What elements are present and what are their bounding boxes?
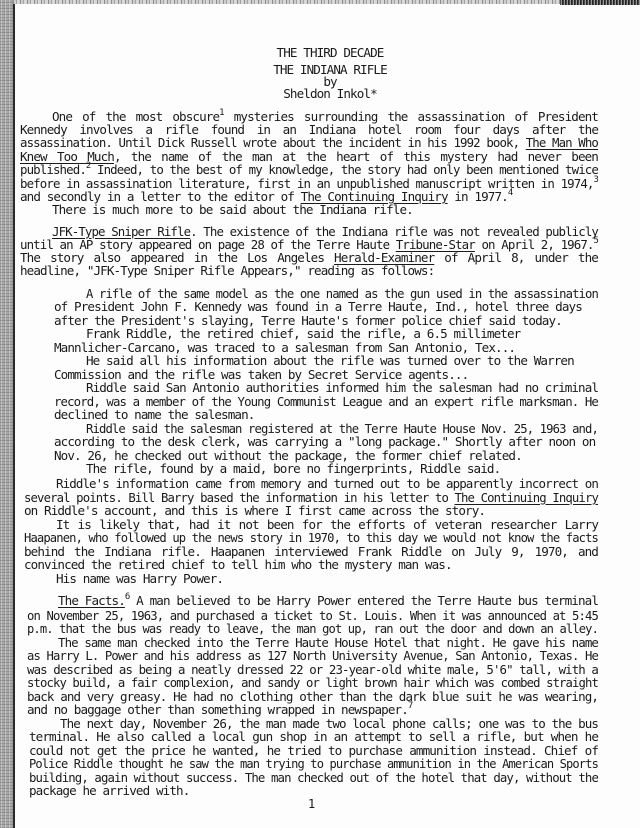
text-line: stocky build, a fair complexion, and san…: [27, 676, 598, 689]
text-line: on Riddle's account, and this is where I…: [24, 504, 485, 517]
text-line: and no baggage other than something wrap…: [27, 703, 412, 716]
text-line: Haapanen, who followed up the news story…: [24, 531, 598, 544]
text-line: The Facts.6 A man believed to be Harry P…: [58, 594, 598, 607]
text-line: There is much more to be said about the …: [52, 203, 413, 216]
text-run: and no baggage other than something wrap…: [27, 702, 408, 717]
text-run: on Riddle's account, and this is where I…: [24, 503, 485, 518]
text-run: in 1977.: [448, 189, 508, 204]
text-line: as Harry L. Power and his address as 127…: [27, 649, 598, 662]
page-number: 1: [308, 797, 315, 811]
text-line: Police Riddle thought he saw the man try…: [29, 757, 598, 770]
text-run: He said all his information about the ri…: [86, 353, 574, 368]
text-run: as Harry L. Power and his address as 127…: [27, 648, 598, 663]
author-name: Sheldon Inkol*: [200, 87, 460, 100]
text-line: assassination. Until Dick Russell wrote …: [20, 136, 598, 149]
text-line: Riddle said San Antonio authorities info…: [86, 381, 598, 394]
text-line: convinced the retired chief to tell him …: [24, 558, 452, 571]
text-line: The rifle, found by a maid, bore no fing…: [86, 462, 500, 475]
text-run: declined to name the salesman.: [54, 407, 254, 422]
text-line: published.2 Indeed, to the best of my kn…: [20, 163, 598, 176]
text-run: according to the desk clerk, was carryin…: [54, 434, 595, 449]
underlined-title: The Man Who: [526, 135, 598, 150]
text-run: Haapanen, who followed up the news story…: [24, 530, 598, 545]
text-run: headline, "JFK-Type Sniper Rifle Appears…: [20, 263, 434, 278]
text-run: His name was Harry Power.: [56, 571, 223, 586]
text-line: Riddle's information came from memory an…: [56, 477, 598, 490]
footnote-ref: 1: [219, 108, 224, 118]
text-run: Riddle said San Antonio authorities info…: [86, 380, 598, 395]
text-line: His name was Harry Power.: [56, 572, 223, 585]
text-run: The rifle, found by a maid, bore no fing…: [86, 461, 500, 476]
text-line: p.m. that the bus was ready to leave, th…: [27, 622, 598, 635]
text-line: He said all his information about the ri…: [86, 354, 574, 367]
text-run: convinced the retired chief to tell him …: [24, 557, 452, 572]
footnote-ref: 5: [594, 236, 598, 246]
footnote-ref: 6: [125, 592, 130, 602]
text-line: package he arrived with.: [29, 784, 189, 797]
text-run: of President John F. Kennedy was found i…: [54, 299, 582, 314]
text-run: Frank Riddle, the retired chief, said th…: [86, 326, 520, 341]
footnote-ref: 2: [86, 161, 90, 171]
text-line: according to the desk clerk, was carryin…: [54, 435, 595, 448]
text-run: Riddle's information came from memory an…: [56, 476, 598, 491]
text-run: p.m. that the bus was ready to leave, th…: [27, 621, 598, 636]
footnote-ref: 4: [508, 188, 513, 198]
text-run: A man believed to be Harry Power entered…: [129, 593, 598, 608]
text-run: Police Riddle thought he saw the man try…: [29, 756, 598, 771]
page-edge-line: [13, 4, 15, 828]
text-line: Frank Riddle, the retired chief, said th…: [86, 327, 520, 340]
text-run: There is much more to be said about the …: [52, 202, 413, 217]
text-line: of President John F. Kennedy was found i…: [54, 300, 582, 313]
text-line: terminal. He also called a local gun sho…: [29, 730, 598, 743]
scan-noise-left-margin: [0, 0, 13, 828]
text-run: of April 8, under the: [434, 250, 598, 265]
footnote-ref: 7: [408, 701, 413, 711]
text-run: assassination. Until Dick Russell wrote …: [20, 135, 526, 150]
text-run: published.: [20, 162, 86, 177]
text-line: headline, "JFK-Type Sniper Rifle Appears…: [20, 264, 434, 277]
text-run: terminal. He also called a local gun sho…: [29, 729, 598, 744]
scan-noise-corner: [560, 0, 640, 5]
text-run: stocky build, a fair complexion, and san…: [27, 675, 598, 690]
text-line: declined to name the salesman.: [54, 408, 254, 421]
footnote-ref: 3: [594, 175, 598, 185]
underlined-title: The Facts.: [58, 593, 125, 608]
text-run: package he arrived with.: [29, 783, 189, 798]
publication-title: THE THIRD DECADE: [200, 46, 460, 59]
scan-noise-top: [13, 0, 640, 4]
text-run: Indeed, to the best of my knowledge, the…: [90, 162, 598, 177]
document-page: THE THIRD DECADE THE INDIANA RIFLE by Sh…: [0, 0, 640, 828]
